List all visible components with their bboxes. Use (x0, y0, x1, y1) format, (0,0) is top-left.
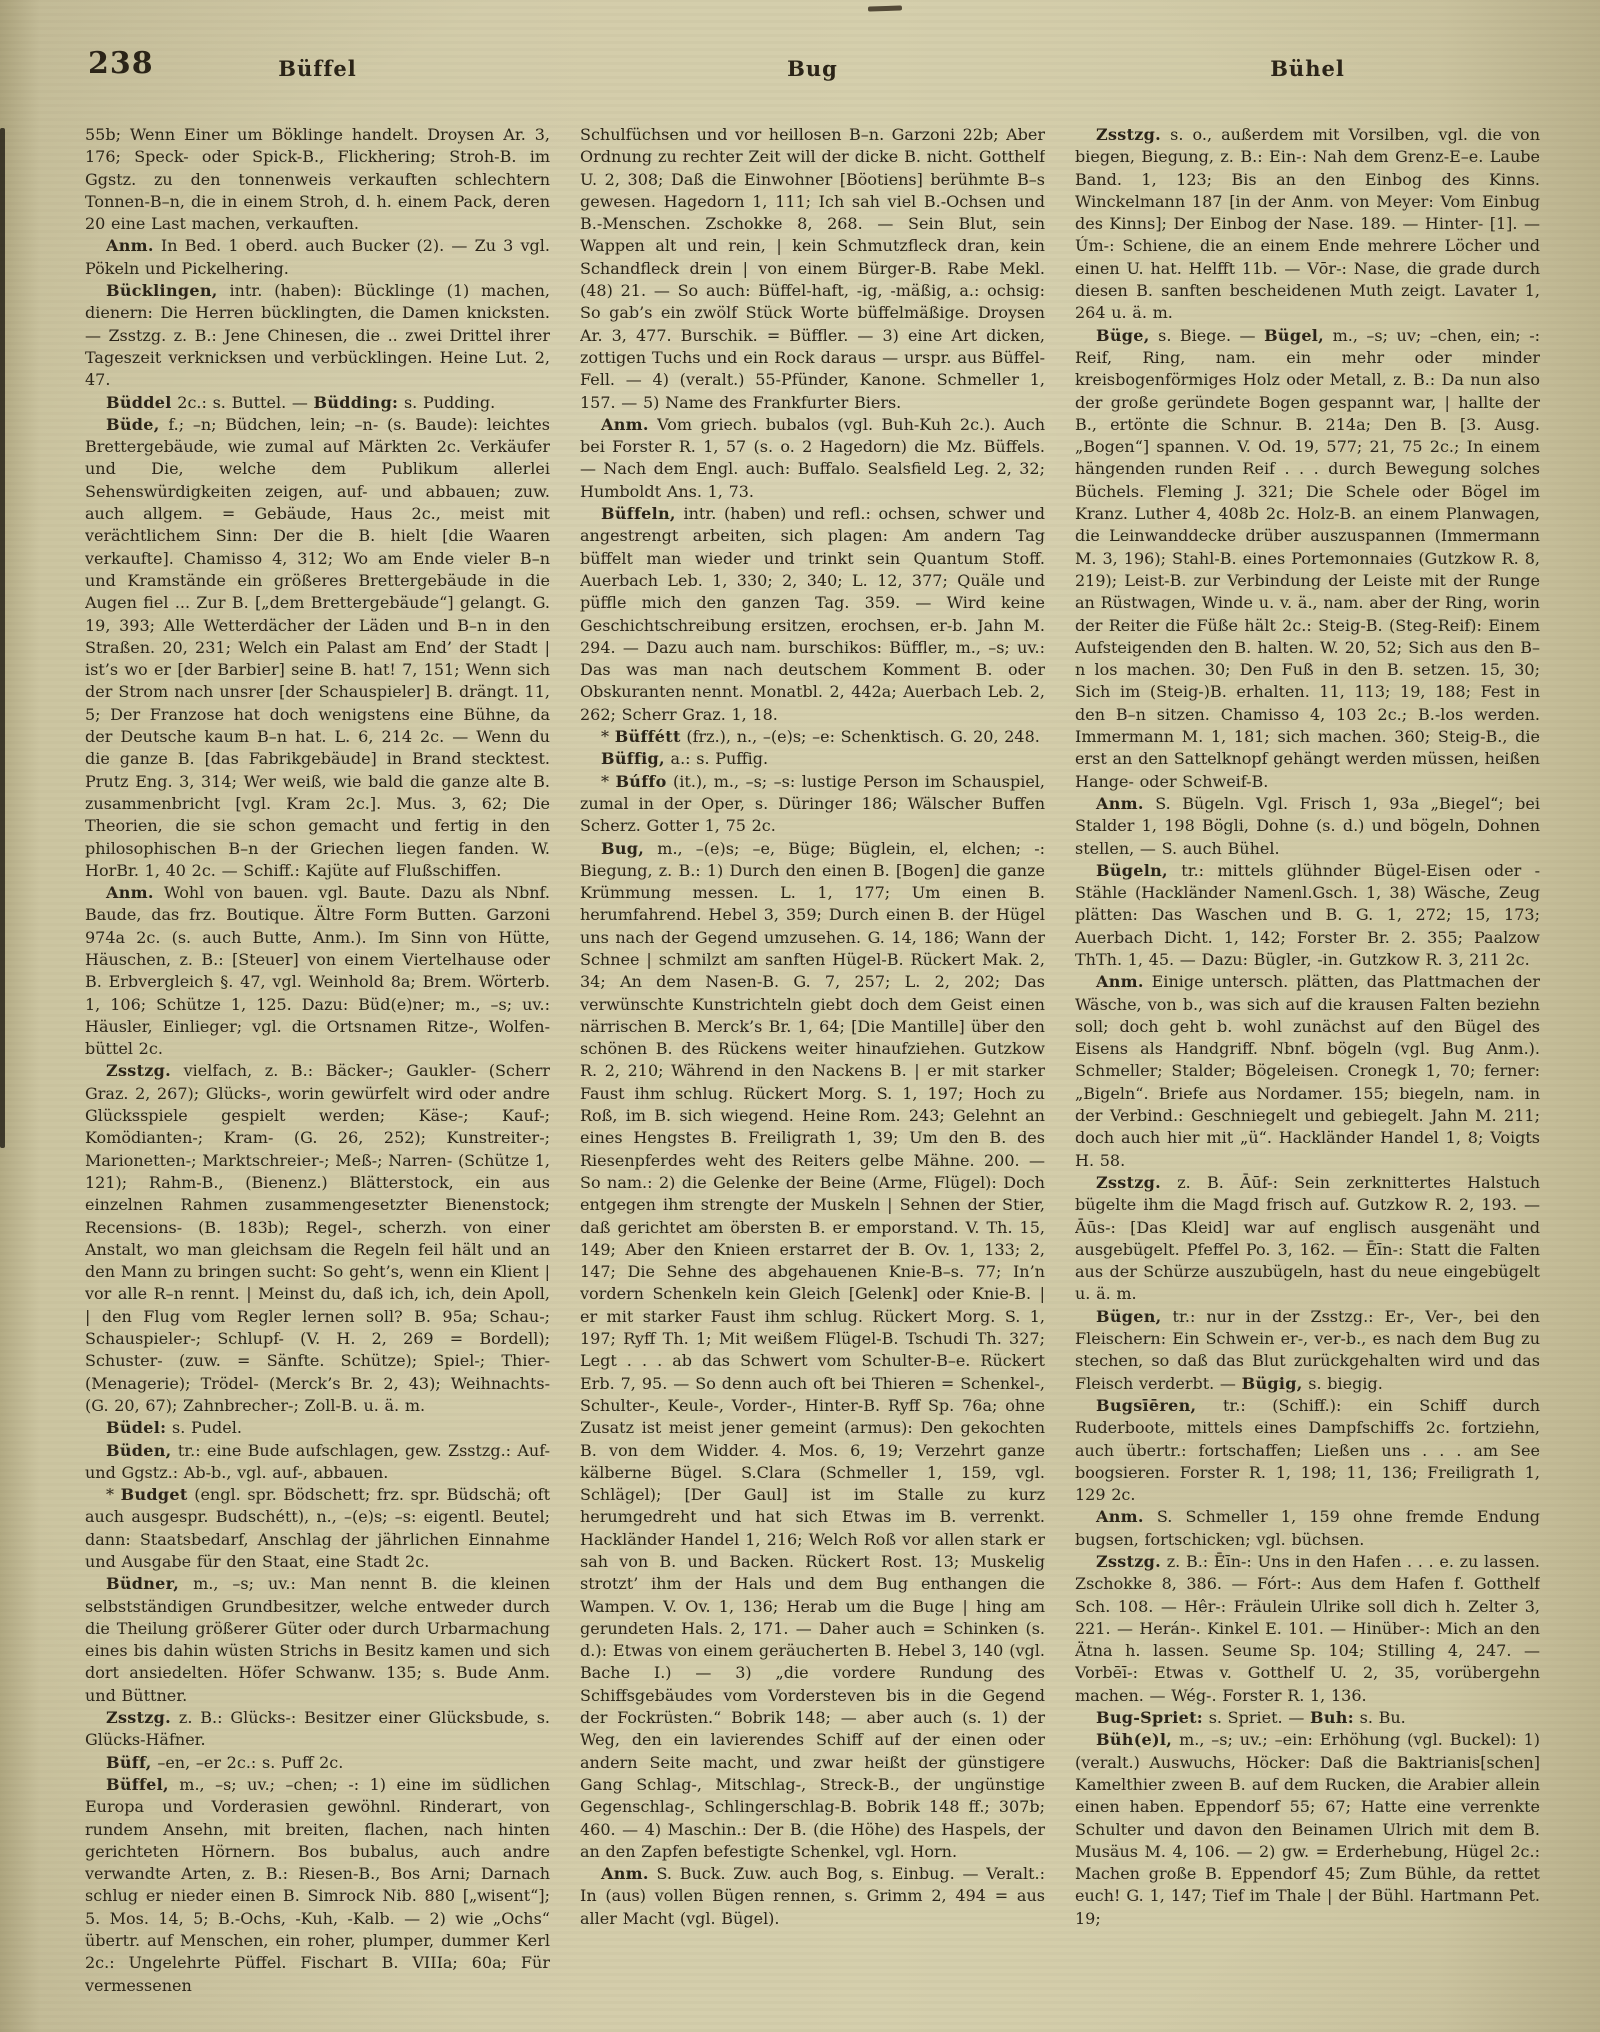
dictionary-paragraph: * Búffo (it.), m., –s; –s: lustige Perso… (580, 771, 1045, 838)
headword: Budget (121, 1485, 188, 1504)
dictionary-paragraph: Büde, f.; –n; Büdchen, lein; –n- (s. Bau… (85, 414, 550, 882)
dictionary-paragraph: Bügeln, tr.: mittels glühnder Bügel-Eise… (1075, 860, 1540, 971)
headword: Anm. (1096, 794, 1144, 813)
headword: Anm. (1096, 1507, 1144, 1526)
headword: Zsstzg. (1096, 1173, 1161, 1192)
dictionary-paragraph: 55b; Wenn Einer um Böklinge handelt. Dro… (85, 124, 550, 235)
text-columns: 55b; Wenn Einer um Böklinge handelt. Dro… (85, 124, 1540, 1992)
column-3: Zsstzg. s. o., außerdem mit Vorsilben, v… (1075, 124, 1540, 1992)
headword: Bugsīēren, (1096, 1396, 1196, 1415)
dictionary-paragraph: Büddel 2c.: s. Buttel. — Büdding: s. Pud… (85, 392, 550, 414)
headword: Anm. (106, 883, 154, 902)
headword: Büdel: (106, 1418, 166, 1437)
column-1: 55b; Wenn Einer um Böklinge handelt. Dro… (85, 124, 550, 1992)
dictionary-paragraph: * Büffétt (frz.), n., –(e)s; –e: Schenkt… (580, 726, 1045, 748)
headword: Büdding: (314, 393, 399, 412)
dictionary-page: 238 Büffel Bug Bühel 55b; Wenn Einer um … (0, 0, 1600, 2032)
headword: Anm. (601, 415, 649, 434)
running-head-right: Bühel (1075, 56, 1540, 81)
headword: Anm. (106, 236, 154, 255)
dictionary-paragraph: Büden, tr.: eine Bude aufschlagen, gew. … (85, 1440, 550, 1485)
dictionary-paragraph: Anm. In Bed. 1 oberd. auch Bucker (2). —… (85, 235, 550, 280)
dictionary-paragraph: Zsstzg. s. o., außerdem mit Vorsilben, v… (1075, 124, 1540, 325)
headword: Bügeln, (1096, 861, 1168, 880)
headword: Bug, (601, 839, 644, 858)
dictionary-paragraph: Büffeln, intr. (haben) und refl.: ochsen… (580, 503, 1045, 726)
dictionary-paragraph: Schulfüchsen und vor heillosen B–n. Garz… (580, 124, 1045, 414)
dictionary-paragraph: Büge, s. Biege. — Bügel, m., –s; uv; –ch… (1075, 325, 1540, 793)
dictionary-paragraph: Bug, m., –(e)s; –e, Büge; Büglein, el, e… (580, 838, 1045, 1864)
dictionary-paragraph: Zsstzg. vielfach, z. B.: Bäcker-; Gaukle… (85, 1060, 550, 1417)
dictionary-paragraph: Bügen, tr.: nur in der Zsstzg.: Er-, Ver… (1075, 1306, 1540, 1395)
headword: Bücklingen, (106, 281, 218, 300)
dictionary-paragraph: Büffig, a.: s. Puffig. (580, 748, 1045, 770)
scan-edge-artifact (0, 128, 5, 1148)
headword: Büff, (106, 1753, 152, 1772)
headword: Bügig, (1242, 1374, 1303, 1393)
headword: Anm. (601, 1864, 649, 1883)
dictionary-paragraph: Anm. S. Bügeln. Vgl. Frisch 1, 93a „Bieg… (1075, 793, 1540, 860)
headword: Bügel, (1264, 326, 1324, 345)
dictionary-paragraph: Anm. Einige untersch. plätten, das Platt… (1075, 971, 1540, 1172)
dictionary-paragraph: Anm. Vom griech. bubalos (vgl. Buh-Kuh 2… (580, 414, 1045, 503)
dictionary-paragraph: Anm. S. Schmeller 1, 159 ohne fremde End… (1075, 1506, 1540, 1551)
dictionary-paragraph: Büdner, m., –s; uv.: Man nennt B. die kl… (85, 1573, 550, 1707)
headword: Büge, (1096, 326, 1150, 345)
dictionary-paragraph: Büffel, m., –s; uv.; –chen; -: 1) eine i… (85, 1774, 550, 1992)
headword: Zsstzg. (106, 1061, 171, 1080)
dictionary-paragraph: Zsstzg. z. B.: Glücks-: Besitzer einer G… (85, 1707, 550, 1752)
headword: Zsstzg. (1096, 1552, 1161, 1571)
running-head-left: Büffel (85, 56, 550, 81)
headword: Bug-Spriet: (1096, 1708, 1203, 1727)
dictionary-paragraph: Bug-Spriet: s. Spriet. — Buh: s. Bu. (1075, 1707, 1540, 1729)
scan-speck-artifact (868, 5, 902, 11)
headword: Büffel, (106, 1775, 169, 1794)
headword: Büffeln, (601, 504, 676, 523)
headword: Büdner, (106, 1574, 179, 1593)
headword: Buh: (1310, 1708, 1354, 1727)
dictionary-paragraph: Büh(e)l, m., –s; uv.; –ein: Erhöhung (vg… (1075, 1729, 1540, 1930)
headword: Büffétt (615, 727, 681, 746)
headword: Büddel (106, 393, 172, 412)
dictionary-paragraph: Bücklingen, intr. (haben): Bücklinge (1)… (85, 280, 550, 391)
dictionary-paragraph: Anm. S. Buck. Zuw. auch Bog, s. Einbug. … (580, 1863, 1045, 1930)
dictionary-paragraph: * Budget (engl. spr. Bödschett; frz. spr… (85, 1484, 550, 1573)
headword: Búffo (615, 772, 666, 791)
headword: Büh(e)l, (1096, 1730, 1172, 1749)
dictionary-paragraph: Büff, –en, –er 2c.: s. Puff 2c. (85, 1752, 550, 1774)
running-heads: Büffel Bug Bühel (85, 56, 1540, 81)
running-head-center: Bug (580, 56, 1045, 81)
dictionary-paragraph: Büdel: s. Pudel. (85, 1417, 550, 1439)
headword: Büden, (106, 1441, 172, 1460)
headword: Büde, (106, 415, 160, 434)
dictionary-paragraph: Bugsīēren, tr.: (Schiff.): ein Schiff du… (1075, 1395, 1540, 1506)
headword: Zsstzg. (1096, 125, 1161, 144)
headword: Anm. (1096, 972, 1144, 991)
column-2: Schulfüchsen und vor heillosen B–n. Garz… (580, 124, 1045, 1992)
dictionary-paragraph: Zsstzg. z. B. Āūf-: Sein zerknittertes H… (1075, 1172, 1540, 1306)
dictionary-paragraph: Anm. Wohl von bauen. vgl. Baute. Dazu al… (85, 882, 550, 1060)
headword: Bügen, (1096, 1307, 1162, 1326)
dictionary-paragraph: Zsstzg. z. B.: Ēīn-: Uns in den Hafen . … (1075, 1551, 1540, 1707)
headword: Zsstzg. (106, 1708, 171, 1727)
headword: Büffig, (601, 749, 665, 768)
